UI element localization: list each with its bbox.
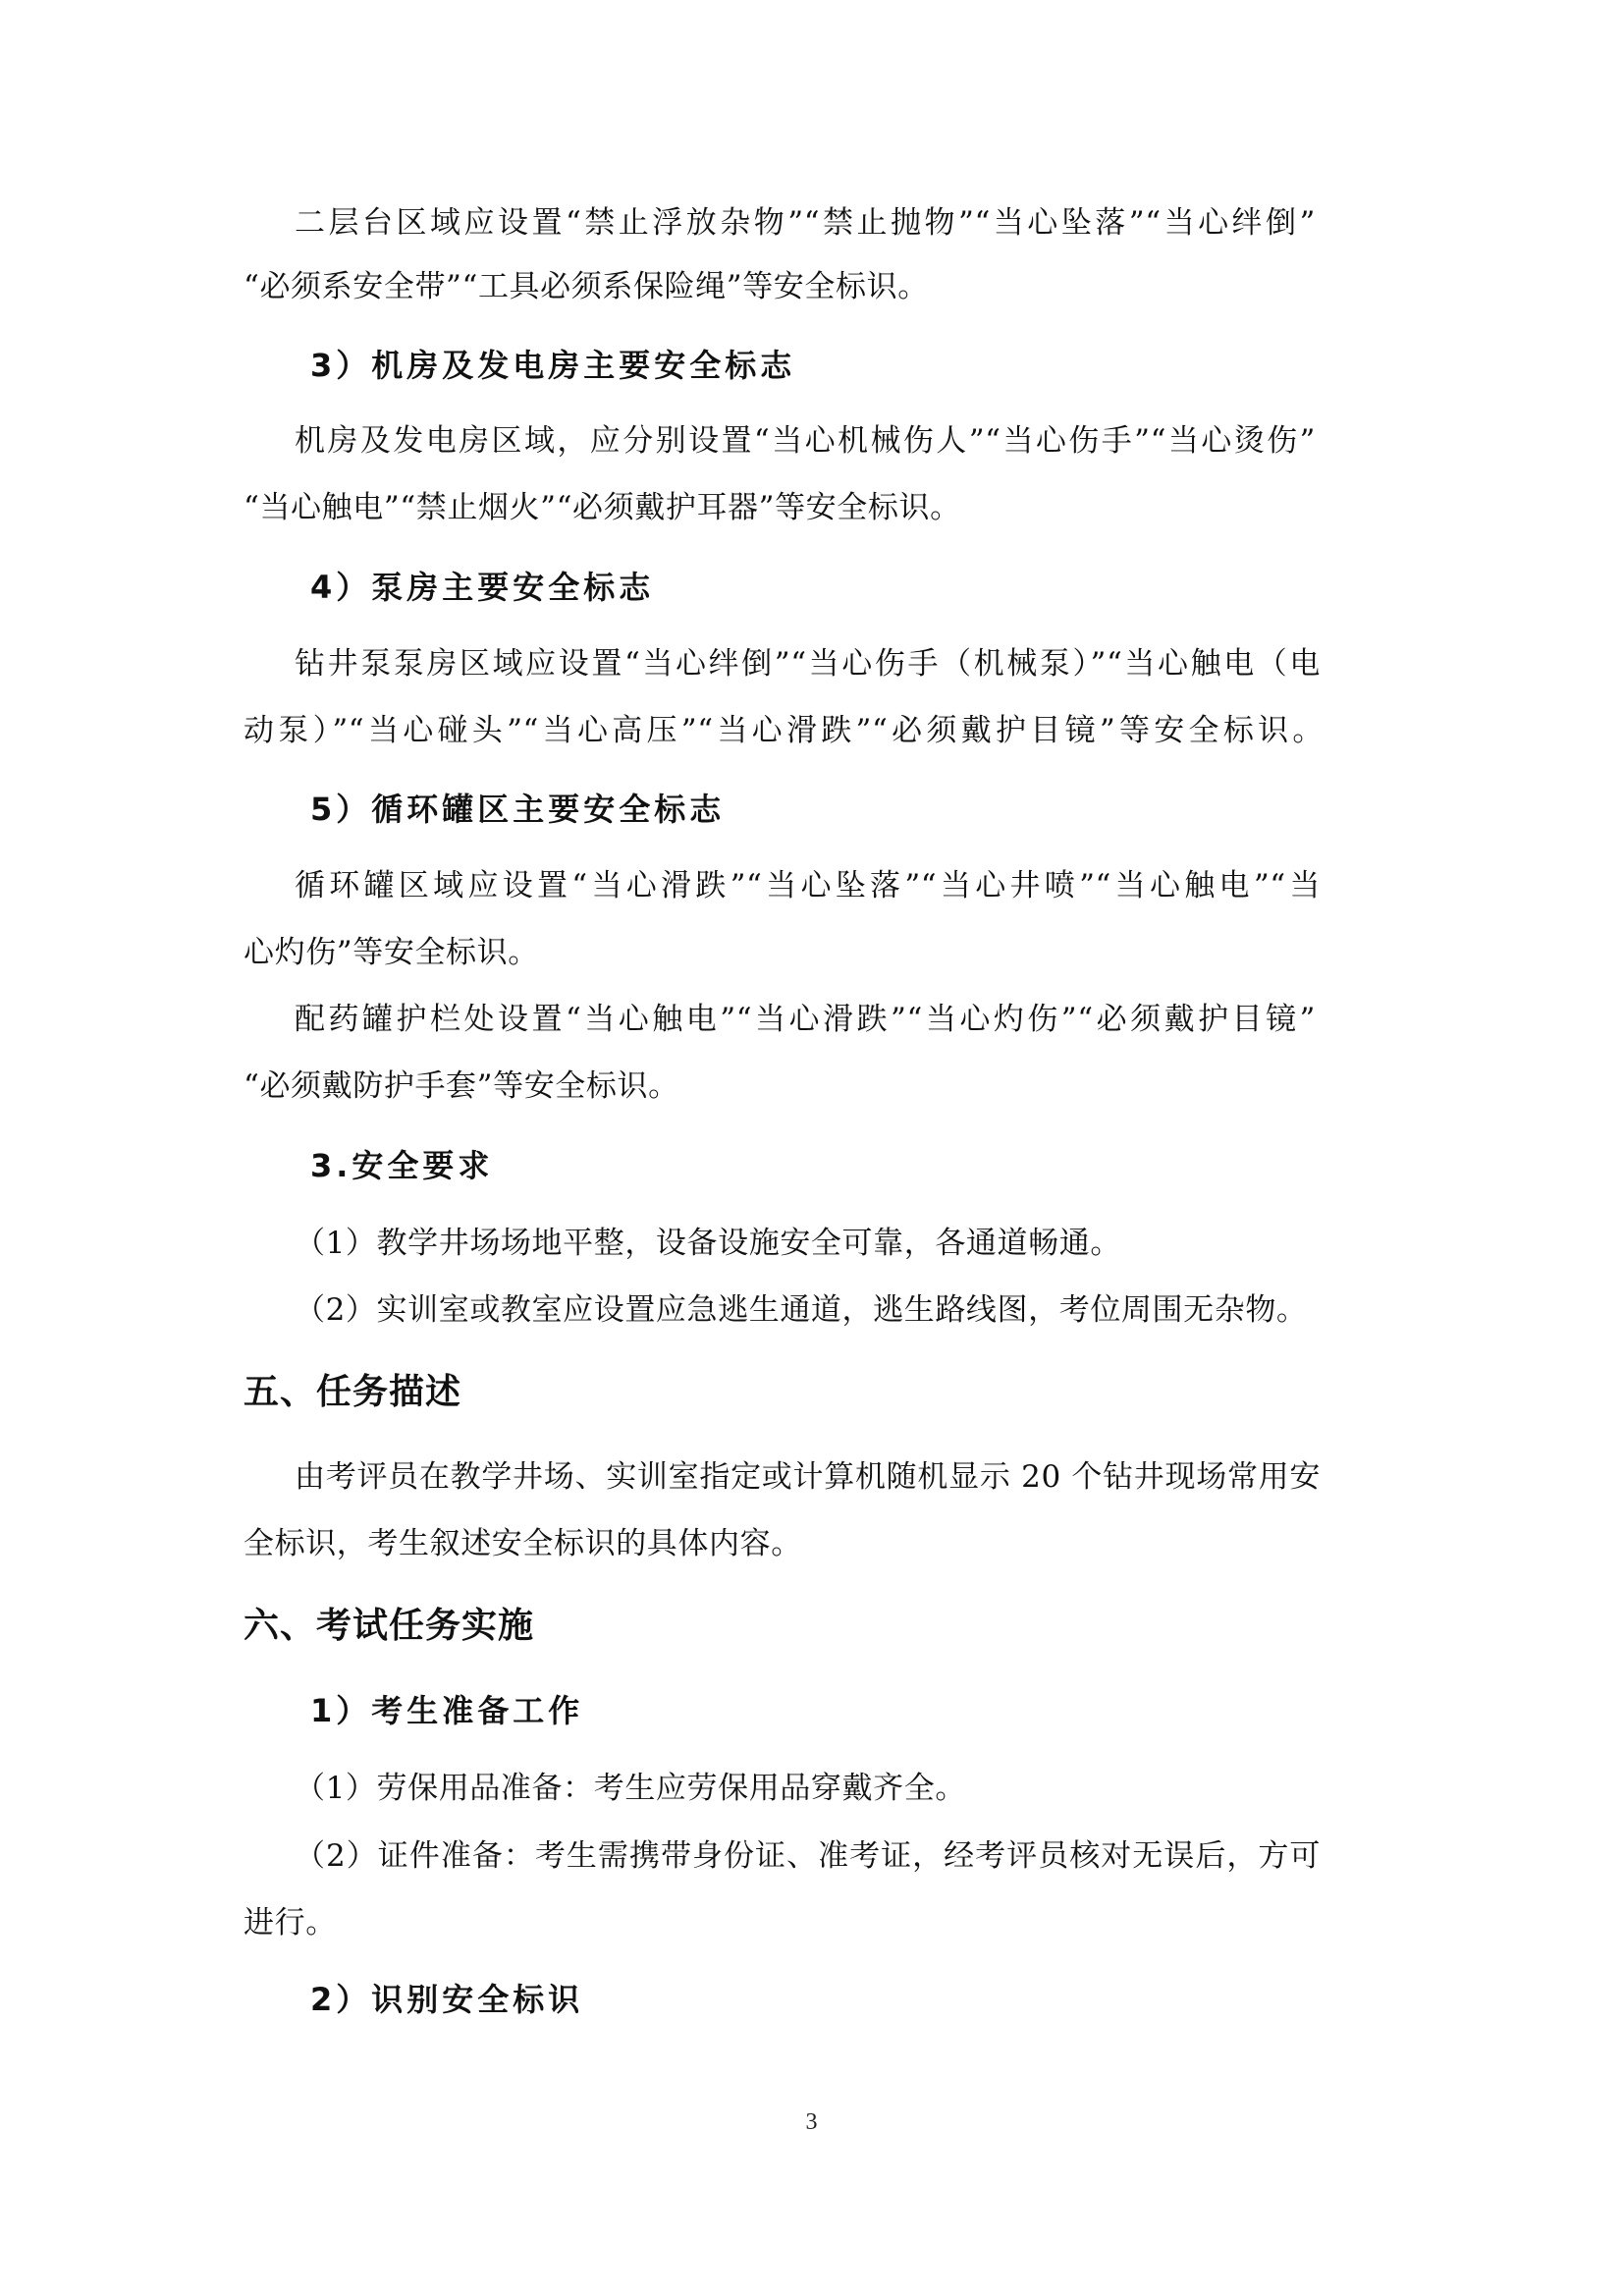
paragraph-line: 由考评员在教学井场、实训室指定或计算机随机显示 20 个钻井现场常用安 <box>295 1457 1321 1497</box>
paragraph-line: （2）实训室或教室应设置应急逃生通道，逃生路线图，考位周围无杂物。 <box>295 1290 1308 1330</box>
document-page: 二层台区域应设置“禁止浮放杂物”“禁止抛物”“当心坠落”“当心绊倒” “必须系安… <box>0 0 1623 2296</box>
subheading-pump-room: 4）泵房主要安全标志 <box>310 568 654 607</box>
paragraph-line: 钻井泵泵房区域应设置“当心绊倒”“当心伤手（机械泵）”“当心触电（电 <box>295 644 1321 683</box>
paragraph-line: 机房及发电房区域，应分别设置“当心机械伤人”“当心伤手”“当心烫伤” <box>295 421 1316 461</box>
paragraph-line: 全标识，考生叙述安全标识的具体内容。 <box>243 1524 802 1563</box>
paragraph-line: “必须戴防护手套”等安全标识。 <box>243 1066 679 1106</box>
subheading-safety-requirements: 3.安全要求 <box>310 1146 493 1185</box>
paragraph-line: “必须系安全带”“工具必须系保险绳”等安全标识。 <box>243 267 929 306</box>
paragraph-line: （1）劳保用品准备：考生应劳保用品穿戴齐全。 <box>295 1769 966 1808</box>
page-number: 3 <box>0 2109 1623 2136</box>
paragraph-line: 心灼伤”等安全标识。 <box>243 933 539 972</box>
paragraph-line: 进行。 <box>243 1903 337 1942</box>
paragraph-line: （2）证件准备：考生需携带身份证、准考证，经考评员核对无误后，方可 <box>295 1836 1321 1876</box>
paragraph-line: “当心触电”“禁止烟火”“必须戴护耳器”等安全标识。 <box>243 488 961 527</box>
subheading-identify-safety-signs: 2）识别安全标识 <box>310 1980 583 2019</box>
subheading-machine-room: 3）机房及发电房主要安全标志 <box>310 346 795 385</box>
heading-exam-implementation: 六、考试任务实施 <box>243 1607 534 1646</box>
paragraph-line: 循环罐区域应设置“当心滑跌”“当心坠落”“当心井喷”“当心触电”“当 <box>295 866 1321 905</box>
heading-task-description: 五、任务描述 <box>243 1373 461 1412</box>
paragraph-line: （1）教学井场场地平整，设备设施安全可靠，各通道畅通。 <box>295 1224 1121 1263</box>
paragraph-line: 二层台区域应设置“禁止浮放杂物”“禁止抛物”“当心坠落”“当心绊倒” <box>295 203 1316 243</box>
paragraph-line: 配药罐护栏处设置“当心触电”“当心滑跌”“当心灼伤”“必须戴护目镜” <box>295 1000 1316 1039</box>
subheading-circulation-tank: 5）循环罐区主要安全标志 <box>310 790 725 829</box>
paragraph-line: 动泵）”“当心碰头”“当心高压”“当心滑跌”“必须戴护目镜”等安全标识。 <box>243 711 1324 750</box>
subheading-candidate-preparation: 1）考生准备工作 <box>310 1691 583 1730</box>
